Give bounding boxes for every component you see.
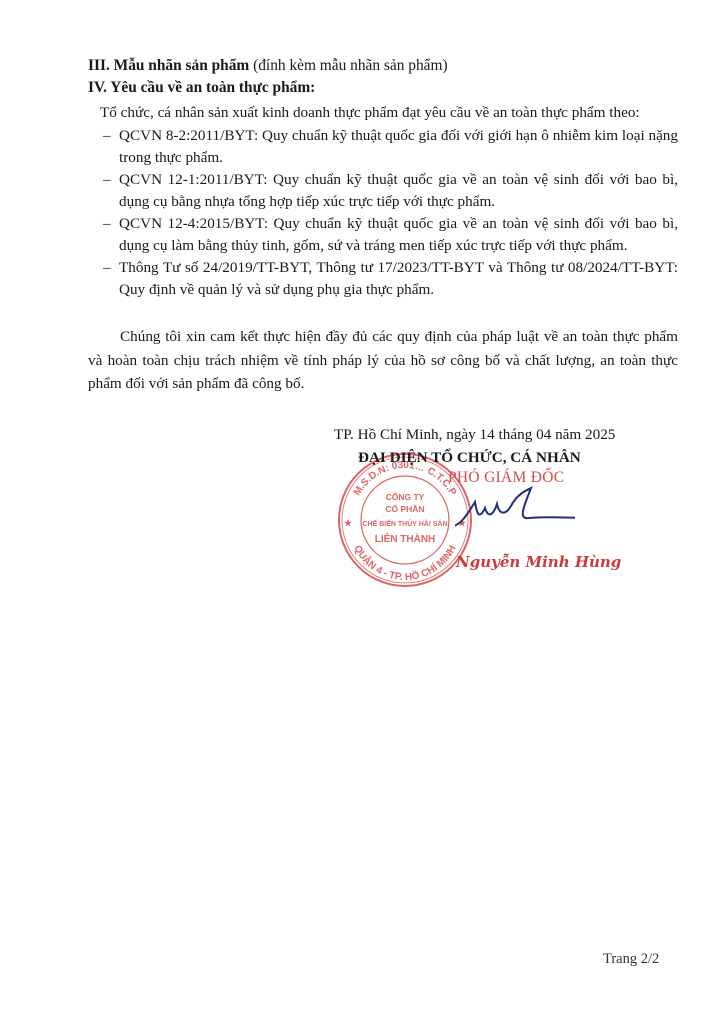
list-item: –QCVN 8-2:2011/BYT: Quy chuẩn kỹ thuật q…	[100, 125, 678, 169]
svg-text:CÔNG TY: CÔNG TY	[386, 491, 425, 502]
handwritten-signature-icon	[455, 484, 575, 540]
dash-bullet: –	[103, 125, 111, 147]
list-item: –QCVN 12-4:2015/BYT: Quy chuẩn kỹ thuật …	[100, 213, 678, 257]
list-item-text: QCVN 8-2:2011/BYT: Quy chuẩn kỹ thuật qu…	[119, 127, 678, 166]
section-4-heading: IV. Yêu cầu về an toàn thực phẩm:	[88, 79, 315, 97]
signer-name: Nguyễn Minh Hùng	[456, 553, 621, 571]
svg-text:LIÊN THÀNH: LIÊN THÀNH	[375, 532, 436, 545]
commitment-paragraph: Chúng tôi xin cam kết thực hiện đầy đủ c…	[88, 325, 678, 396]
list-item: –QCVN 12-1:2011/BYT: Quy chuẩn kỹ thuật …	[100, 169, 678, 213]
page-number: Trang 2/2	[603, 951, 659, 968]
dash-bullet: –	[103, 257, 111, 279]
dash-bullet: –	[103, 169, 111, 191]
list-item: –Thông Tư số 24/2019/TT-BYT, Thông tư 17…	[100, 257, 678, 301]
section-3-heading: III. Mẫu nhãn sản phẩm (đính kèm mẫu nhã…	[88, 57, 448, 75]
document-page: III. Mẫu nhãn sản phẩm (đính kèm mẫu nhã…	[0, 0, 724, 1024]
section-3-title: III. Mẫu nhãn sản phẩm	[88, 57, 249, 74]
representative-title: ĐẠI DIỆN TỔ CHỨC, CÁ NHÂN	[358, 449, 581, 467]
list-item-text: Thông Tư số 24/2019/TT-BYT, Thông tư 17/…	[119, 259, 678, 298]
list-item-text: QCVN 12-4:2015/BYT: Quy chuẩn kỹ thuật q…	[119, 215, 678, 254]
place-date: TP. Hồ Chí Minh, ngày 14 tháng 04 năm 20…	[334, 426, 615, 444]
svg-text:CHẾ BIẾN THỦY HẢI SẢN: CHẾ BIẾN THỦY HẢI SẢN	[362, 518, 447, 528]
svg-text:★: ★	[344, 518, 353, 528]
dash-bullet: –	[103, 213, 111, 235]
requirements-intro: Tổ chức, cá nhân sản xuất kinh doanh thự…	[100, 102, 680, 124]
svg-text:QUẬN 4 - TP. HỒ CHÍ MINH: QUẬN 4 - TP. HỒ CHÍ MINH	[351, 544, 458, 583]
requirements-list: –QCVN 8-2:2011/BYT: Quy chuẩn kỹ thuật q…	[100, 125, 678, 301]
section-3-note: (đính kèm mẫu nhãn sản phẩm)	[253, 57, 447, 74]
list-item-text: QCVN 12-1:2011/BYT: Quy chuẩn kỹ thuật q…	[119, 171, 678, 210]
svg-text:CỔ PHẦN: CỔ PHẦN	[385, 503, 424, 514]
